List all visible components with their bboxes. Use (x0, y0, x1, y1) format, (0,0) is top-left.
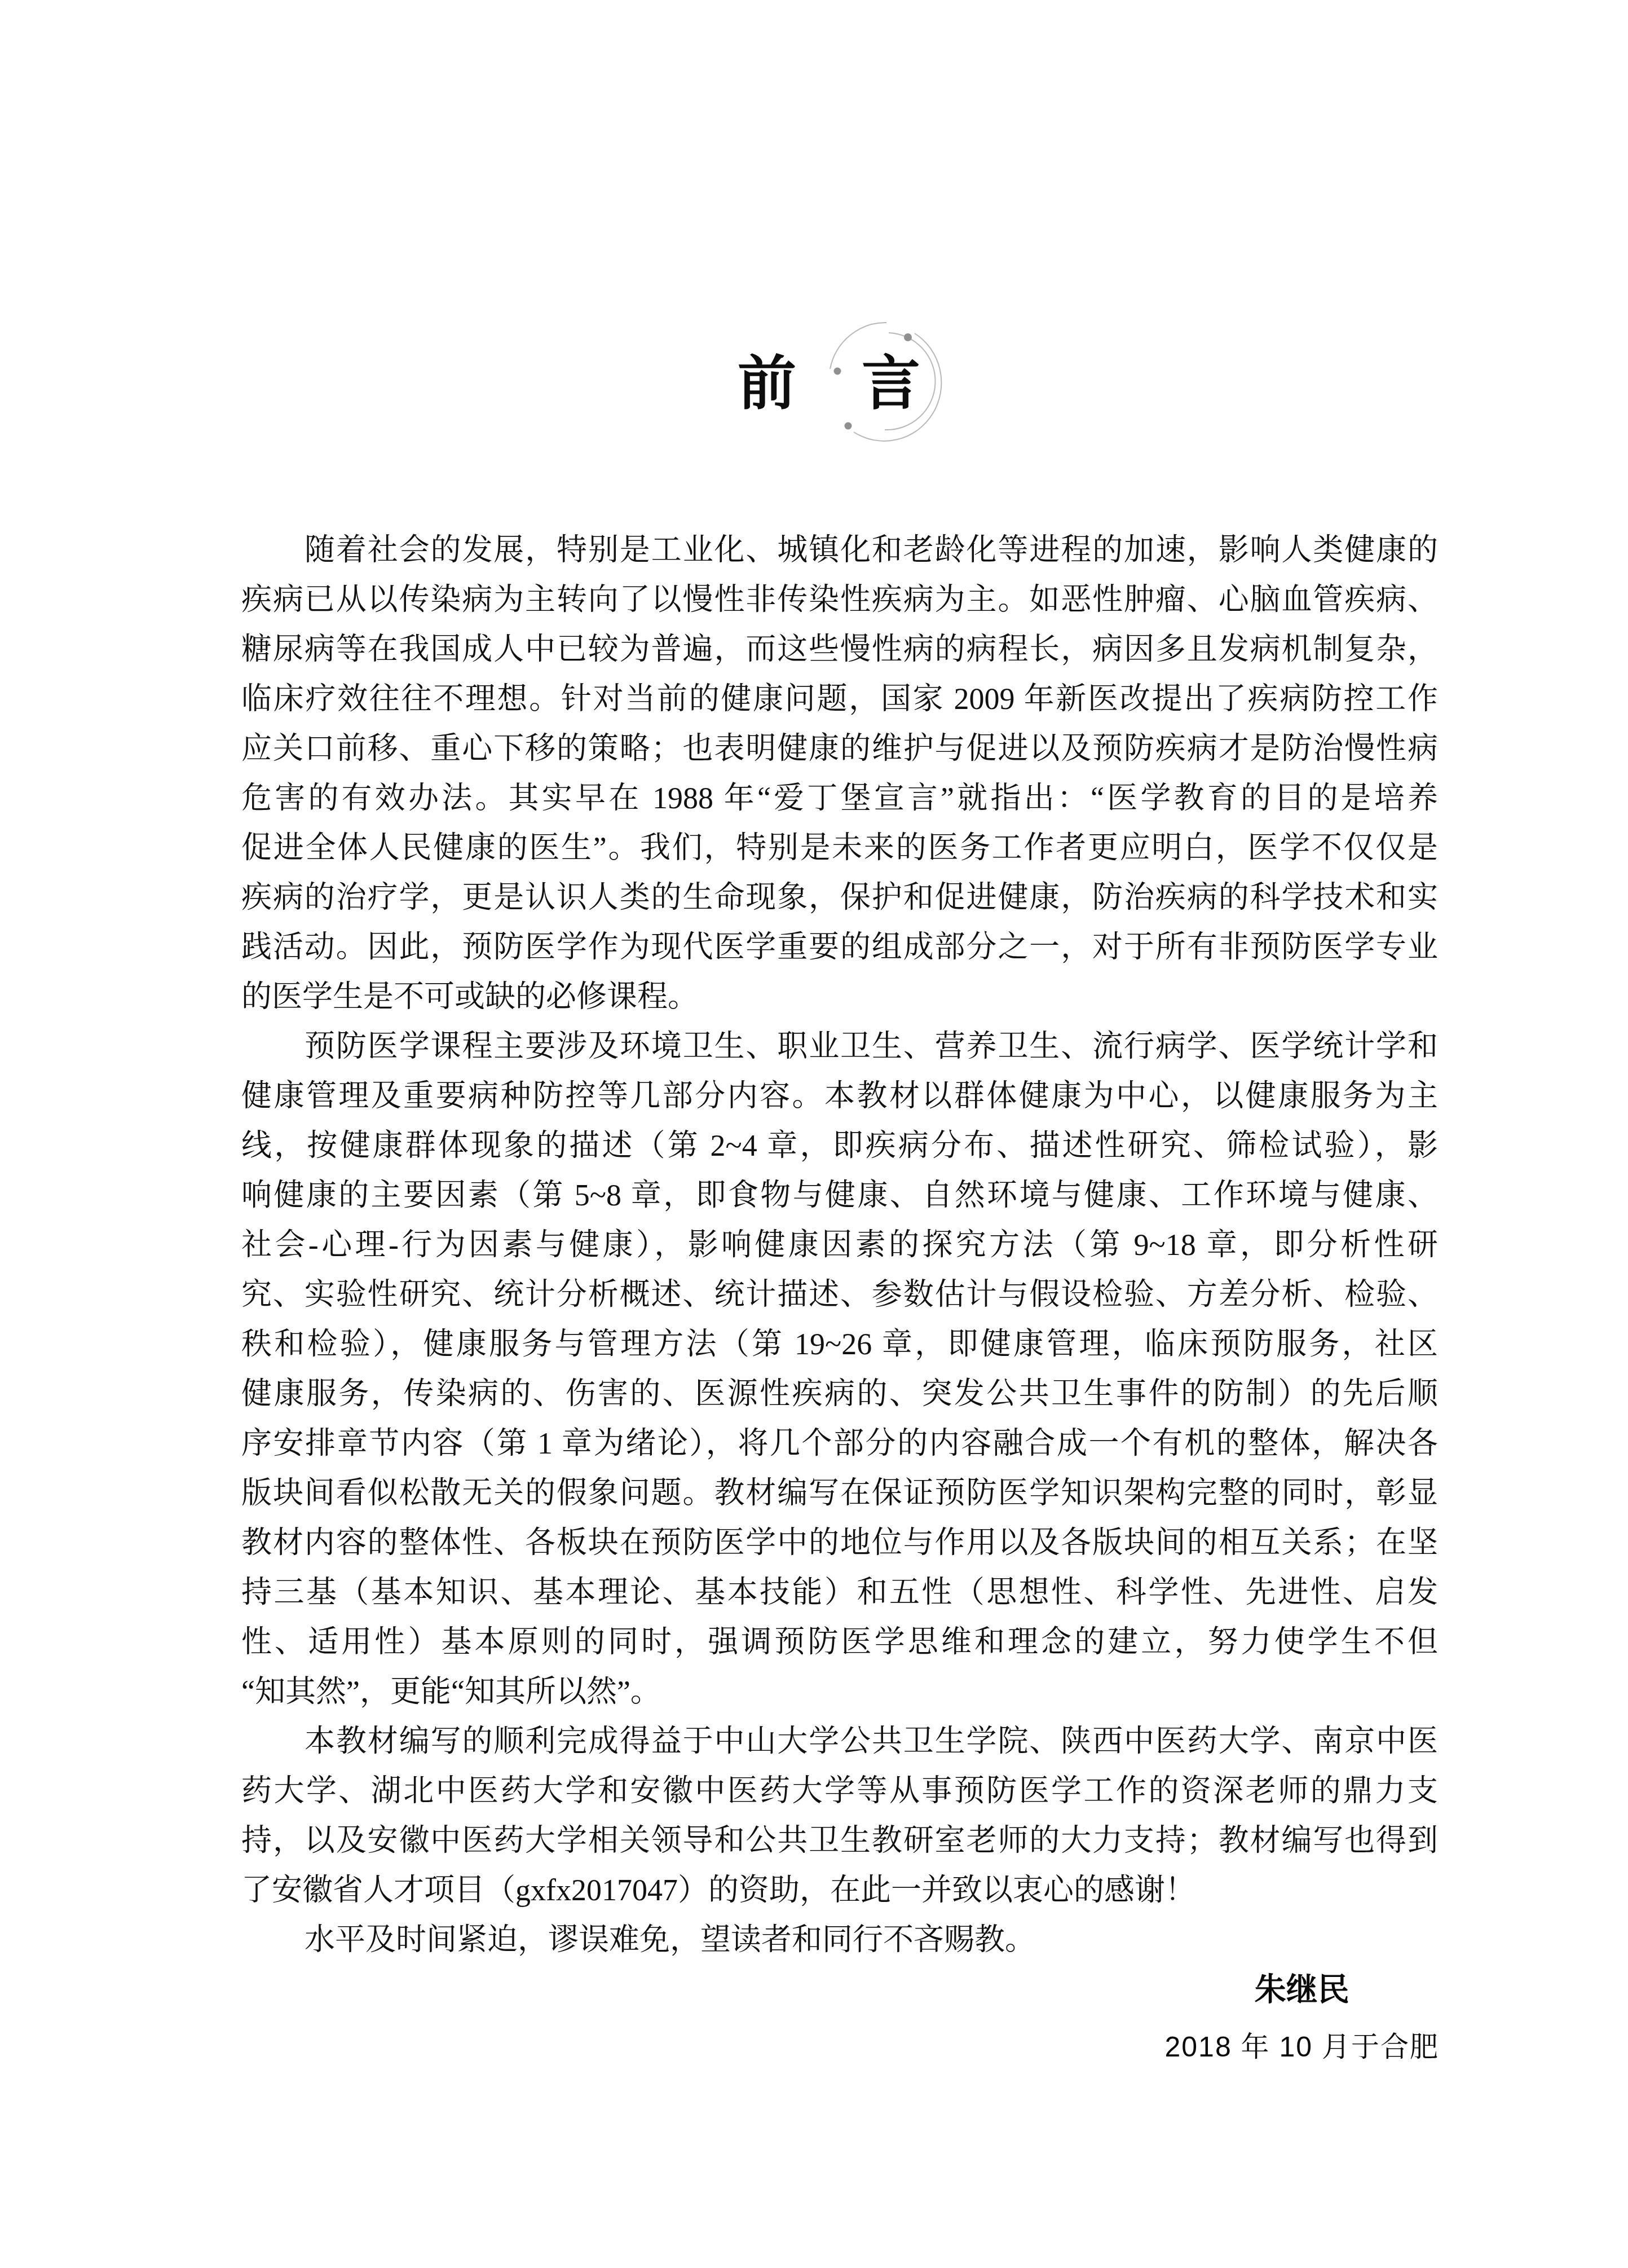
signature-date: 2018 年 10 月于合肥 (1164, 2022, 1439, 2072)
ornament-dot-left (834, 368, 841, 375)
body-line: 药大学、湖北中医药大学和安徽中医药大学等从事预防医学工作的资深老师的鼎力支 (241, 1766, 1438, 1816)
body-line: 临床疗效往往不理想。针对当前的健康问题，国家 2009 年新医改提出了疾病防控工… (241, 674, 1438, 724)
body-line: 危害的有效办法。其实早在 1988 年“爱丁堡宣言”就指出：“医学教育的目的是培… (241, 773, 1438, 823)
title-char-yan: 言 (862, 355, 920, 414)
body-line: 本教材编写的顺利完成得益于中山大学公共卫生学院、陕西中医药大学、南京中医 (241, 1716, 1438, 1766)
signature-block: 朱继民 2018 年 10 月于合肥 (1164, 1965, 1439, 2072)
ornament-dot-top-right (904, 333, 912, 341)
body-line: 随着社会的发展，特别是工业化、城镇化和老龄化等进程的加速，影响人类健康的 (241, 525, 1438, 575)
body-line: 响健康的主要因素（第 5~8 章，即食物与健康、自然环境与健康、工作环境与健康、 (241, 1170, 1438, 1220)
ornament-dot-bottom (845, 422, 852, 430)
body-line: 教材内容的整体性、各板块在预防医学中的地位与作用以及各版块间的相互关系；在坚 (241, 1518, 1438, 1567)
body-line: 的医学生是不可或缺的必修课程。 (241, 972, 1438, 1021)
body-line: 预防医学课程主要涉及环境卫生、职业卫生、营养卫生、流行病学、医学统计学和 (241, 1021, 1438, 1071)
body-line: 序安排章节内容（第 1 章为绪论），将几个部分的内容融合成一个有机的整体，解决各 (241, 1419, 1438, 1468)
body-line: 应关口前移、重心下移的策略；也表明健康的维护与促进以及预防疾病才是防治慢性病 (241, 724, 1438, 773)
body-line: 秩和检验），健康服务与管理方法（第 19~26 章，即健康管理，临床预防服务，社… (241, 1319, 1438, 1369)
body-line: 健康服务，传染病的、伤害的、医源性疾病的、突发公共卫生事件的防制）的先后顺 (241, 1369, 1438, 1419)
body-line: “知其然”，更能“知其所以然”。 (241, 1667, 1438, 1716)
body-line: 持，以及安徽中医药大学相关领导和公共卫生教研室老师的大力支持；教材编写也得到 (241, 1816, 1438, 1865)
body-line: 糖尿病等在我国成人中已较为普遍，而这些慢性病的病程长，病因多且发病机制复杂， (241, 624, 1438, 674)
body-line: 性、适用性）基本原则的同时，强调预防医学思维和理念的建立，努力使学生不但 (241, 1617, 1438, 1667)
body-line: 线，按健康群体现象的描述（第 2~4 章，即疾病分布、描述性研究、筛检试验），影 (241, 1121, 1438, 1170)
body-line: 疾病的治疗学，更是认识人类的生命现象，保护和促进健康，防治疾病的科学技术和实 (241, 873, 1438, 922)
preface-body: 随着社会的发展，特别是工业化、城镇化和老龄化等进程的加速，影响人类健康的 疾病已… (241, 525, 1438, 1965)
body-line: 促进全体人民健康的医生”。我们，特别是未来的医务工作者更应明白，医学不仅仅是 (241, 823, 1438, 873)
title-char-front: 前 (738, 355, 796, 414)
body-line: 疾病已从以传染病为主转向了以慢性非传染性疾病为主。如恶性肿瘤、心脑血管疾病、 (241, 575, 1438, 624)
body-line: 了安徽省人才项目（gxfx2017047）的资助，在此一并致以衷心的感谢！ (241, 1865, 1438, 1915)
body-line: 健康管理及重要病种防控等几部分内容。本教材以群体健康为中心，以健康服务为主 (241, 1071, 1438, 1121)
body-line: 版块间看似松散无关的假象问题。教材编写在保证预防医学知识架构完整的同时，彰显 (241, 1468, 1438, 1518)
author-name: 朱继民 (1164, 1965, 1439, 2014)
body-line: 水平及时间紧迫，谬误难免，望读者和同行不吝赐教。 (241, 1915, 1438, 1965)
body-line: 社会-心理-行为因素与健康），影响健康因素的探究方法（第 9~18 章，即分析性… (241, 1220, 1438, 1270)
body-line: 持三基（基本知识、基本理论、基本技能）和五性（思想性、科学性、先进性、启发 (241, 1567, 1438, 1617)
preface-page: 前 言 随着社会的发展，特别是工业化、城镇化和老龄化等进程的加速，影响人类健康的… (0, 0, 1628, 2268)
page-title: 前 言 (241, 303, 1438, 473)
body-line: 践活动。因此，预防医学作为现代医学重要的组成部分之一，对于所有非预防医学专业 (241, 922, 1438, 972)
body-line: 究、实验性研究、统计分析概述、统计描述、参数估计与假设检验、方差分析、检验、 (241, 1270, 1438, 1319)
